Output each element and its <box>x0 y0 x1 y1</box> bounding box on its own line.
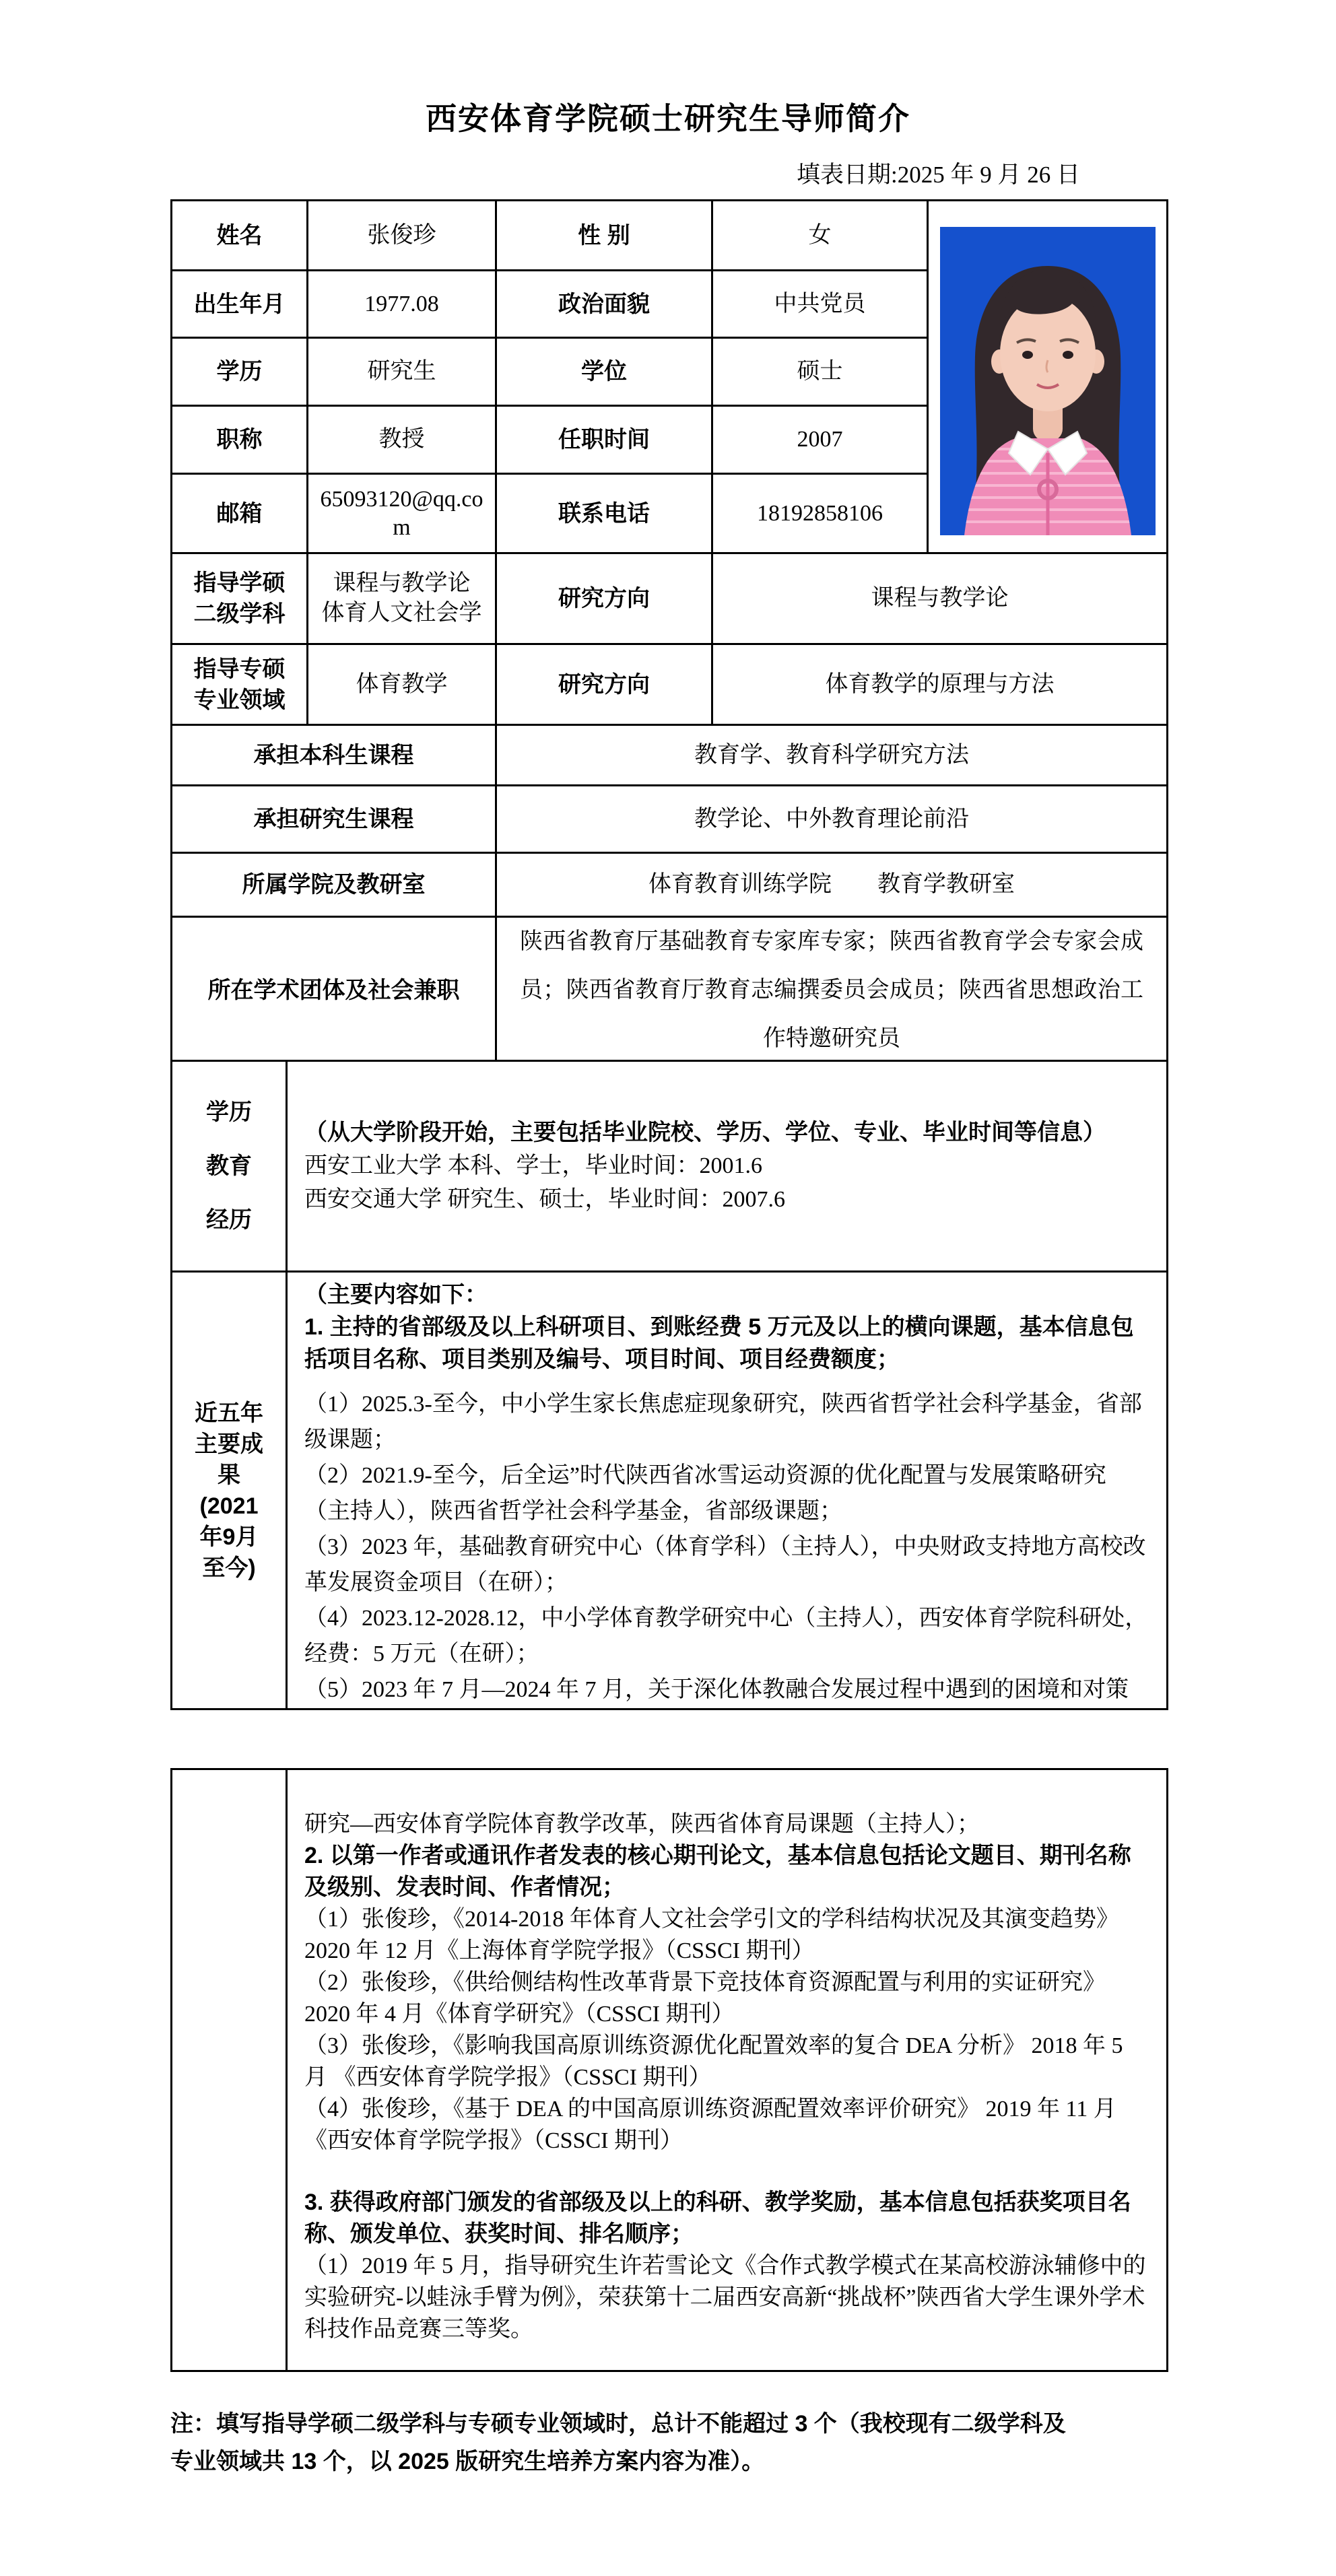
masters-direction-value: 课程与教学论 <box>712 553 1168 644</box>
eye-right <box>1063 351 1073 359</box>
masters-discipline-label: 指导学硕二级学科 <box>172 553 308 644</box>
history-table: 学历 教育 经历 （从大学阶段开始，主要包括毕业院校、学历、学位、专业、毕业时间… <box>170 1060 1168 1710</box>
project-continuation: 研究—西安体育学院体育教学改革，陕西省体育局课题（主持人）； <box>304 1808 1149 1840</box>
gender-value: 女 <box>712 201 928 271</box>
page-title: 西安体育学院硕士研究生导师简介 <box>0 98 1336 139</box>
profile-table: 姓名 张俊珍 性 别 女 <box>170 199 1168 1065</box>
education-label: 学历 <box>172 338 308 406</box>
achievements-cell: （主要内容如下： 1. 主持的省部级及以上科研项目、到账经费 5 万元及以上的横… <box>287 1272 1168 1709</box>
awards-section-intro: 3. 获得政府部门颁发的省部级及以上的科研、教学奖励，基本信息包括获奖项目名称、… <box>304 2187 1149 2250</box>
papers-section-intro: 2. 以第一作者或通讯作者发表的核心期刊论文，基本信息包括论文题目、期刊名称及级… <box>304 1840 1149 1903</box>
undergrad-courses-label: 承担本科生课程 <box>172 725 496 786</box>
political-label: 政治面貌 <box>496 271 712 338</box>
achievements-label: 近五年主要成果(2021年9月至今) <box>172 1272 287 1709</box>
societies-label: 所在学术团体及社会兼职 <box>172 917 496 1064</box>
fill-date: 填表日期:2025 年 9 月 26 日 <box>170 160 1166 190</box>
edu-history-item: 西安交通大学 研究生、硕士，毕业时间：2007.6 <box>304 1183 1149 1217</box>
eye-left <box>1022 351 1033 359</box>
footer-note: 注：填写指导学硕二级学科与专硕专业领域时，总计不能超过 3 个（我校现有二级学科… <box>170 2405 1081 2480</box>
photo-cell <box>928 201 1168 553</box>
prof-direction-value: 体育教学的原理与方法 <box>712 644 1168 725</box>
paper-item: （3）张俊珍，《影响我国高原训练资源优化配置效率的复合 DEA 分析》 2018… <box>304 2030 1149 2093</box>
undergrad-courses-value: 教育学、教育科学研究方法 <box>496 725 1168 786</box>
form-page: { "page": { "title": "西安体育学院硕士研究生导师简介", … <box>0 0 1336 2576</box>
edu-history-cell: （从大学阶段开始，主要包括毕业院校、学历、学位、专业、毕业时间等信息） 西安工业… <box>287 1061 1168 1272</box>
phone-label: 联系电话 <box>496 474 712 553</box>
birth-value: 1977.08 <box>308 271 496 338</box>
political-value: 中共党员 <box>712 271 928 338</box>
department-label: 所属学院及教研室 <box>172 853 496 917</box>
project-item: （2）2021.9-至今，后全运”时代陕西省冰雪运动资源的优化配置与发展策略研究… <box>304 1458 1149 1529</box>
portrait-photo <box>940 227 1156 535</box>
email-value: 65093120@qq.com <box>308 474 496 553</box>
prof-field-label: 指导专硕专业领域 <box>172 644 308 725</box>
grad-courses-value: 教学论、中外教育理论前沿 <box>496 786 1168 853</box>
degree-label: 学位 <box>496 338 712 406</box>
appoint-label: 任职时间 <box>496 406 712 474</box>
birth-label: 出生年月 <box>172 271 308 338</box>
page2-content-cell: 研究—西安体育学院体育教学改革，陕西省体育局课题（主持人）； 2. 以第一作者或… <box>287 1769 1168 2371</box>
title-label: 职称 <box>172 406 308 474</box>
project-item: （4）2023.12-2028.12，中小学体育教学研究中心（主持人），西安体育… <box>304 1600 1149 1672</box>
edu-history-hint: （从大学阶段开始，主要包括毕业院校、学历、学位、专业、毕业时间等信息） <box>304 1116 1149 1149</box>
award-item: （1）2019 年 5 月，指导研究生许若雪论文《合作式教学模式在某高校游泳辅修… <box>304 2250 1149 2345</box>
name-label: 姓名 <box>172 201 308 271</box>
edu-history-item: 西安工业大学 本科、学士，毕业时间：2001.6 <box>304 1149 1149 1183</box>
gender-label: 性 别 <box>496 201 712 271</box>
edu-history-label: 学历 教育 经历 <box>172 1061 287 1272</box>
prof-direction-label: 研究方向 <box>496 644 712 725</box>
societies-value: 陕西省教育厅基础教育专家库专家；陕西省教育学会专家会成员；陕西省教育厅教育志编撰… <box>496 917 1168 1064</box>
name-value: 张俊珍 <box>308 201 496 271</box>
prof-field-value: 体育教学 <box>308 644 496 725</box>
grad-courses-label: 承担研究生课程 <box>172 786 496 853</box>
achievements-section1-intro: 1. 主持的省部级及以上科研项目、到账经费 5 万元及以上的横向课题，基本信息包… <box>304 1311 1149 1376</box>
achievements-intro: （主要内容如下： <box>304 1279 1149 1311</box>
phone-value: 18192858106 <box>712 474 928 553</box>
spacer <box>304 2157 1149 2187</box>
masters-discipline-value: 课程与教学论 体育人文社会学 <box>308 553 496 644</box>
project-item: （3）2023 年，基础教育研究中心（体育学科）（主持人），中央财政支持地方高校… <box>304 1529 1149 1600</box>
department-value: 体育教育训练学院 教育学教研室 <box>496 853 1168 917</box>
appoint-value: 2007 <box>712 406 928 474</box>
page2-table: 研究—西安体育学院体育教学改革，陕西省体育局课题（主持人）； 2. 以第一作者或… <box>170 1768 1168 2372</box>
paper-item: （1）张俊珍，《2014-2018 年体育人文社会学引文的学科结构状况及其演变趋… <box>304 1903 1149 1967</box>
degree-value: 硕士 <box>712 338 928 406</box>
empty-label-cell <box>172 1769 287 2371</box>
project-item: （5）2023 年 7 月—2024 年 7 月，关于深化体教融合发展过程中遇到… <box>304 1672 1149 1707</box>
email-label: 邮箱 <box>172 474 308 553</box>
project-item: （1）2025.3-至今，中小学生家长焦虑症现象研究，陕西省哲学社会科学基金，省… <box>304 1386 1149 1458</box>
education-value: 研究生 <box>308 338 496 406</box>
paper-item: （4）张俊珍，《基于 DEA 的中国高原训练资源配置效率评价研究》 2019 年… <box>304 2093 1149 2157</box>
title-value: 教授 <box>308 406 496 474</box>
masters-direction-label: 研究方向 <box>496 553 712 644</box>
paper-item: （2）张俊珍，《供给侧结构性改革背景下竞技体育资源配置与利用的实证研究》2020… <box>304 1967 1149 2030</box>
